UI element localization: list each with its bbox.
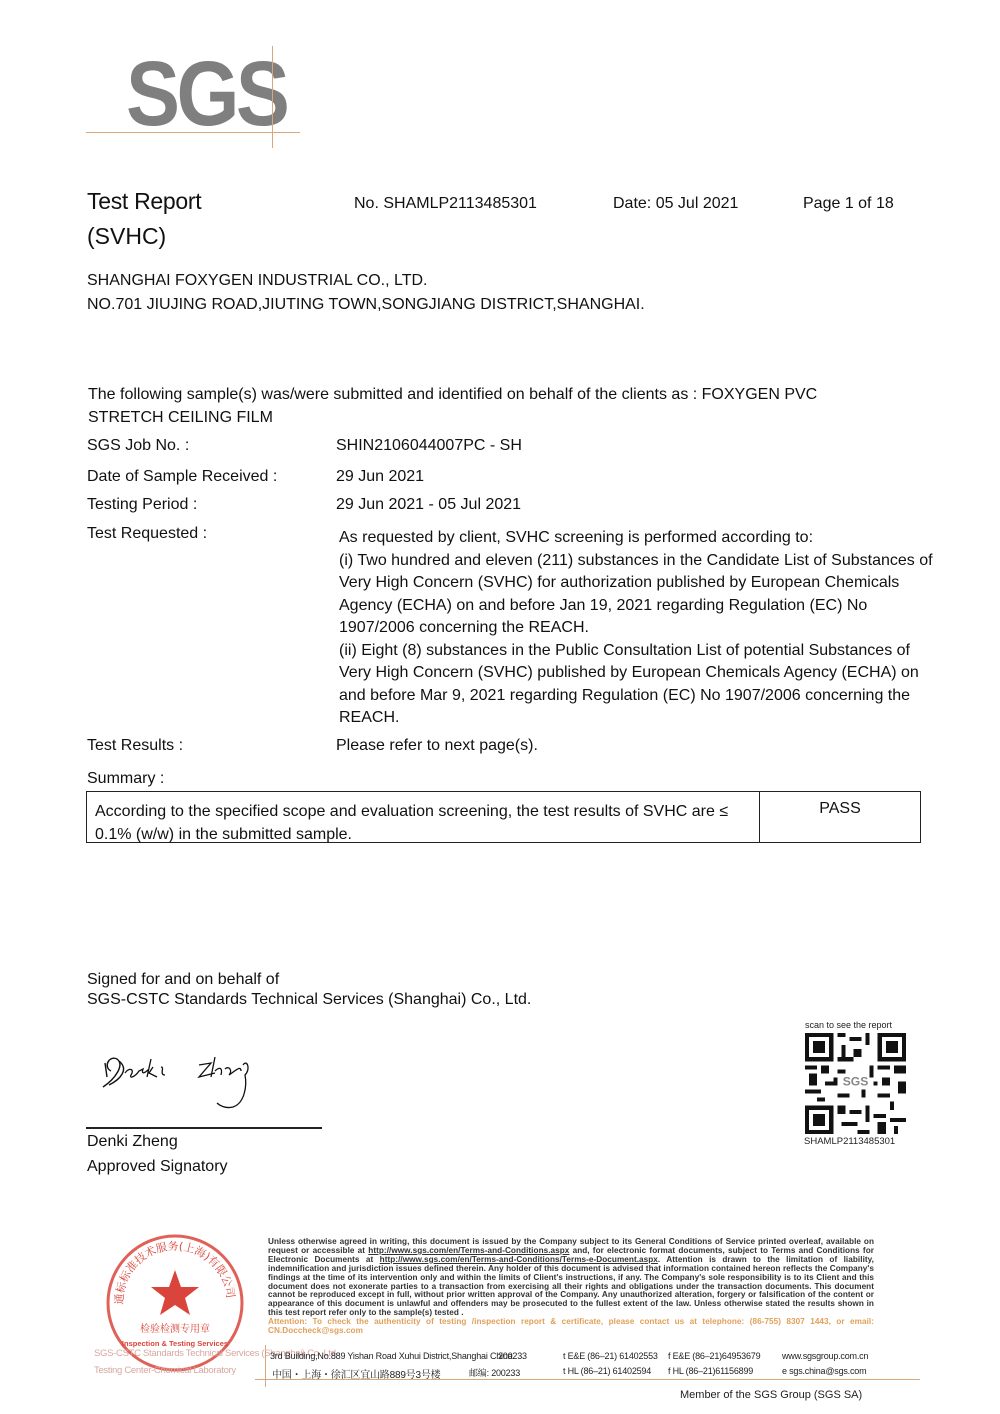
test-requested-text: As requested by client, SVHC screening i… [339, 527, 939, 730]
test-requested-intro: As requested by client, SVHC screening i… [339, 527, 939, 550]
signature-line [86, 1127, 322, 1129]
report-number: No. SHAMLP2113485301 [354, 195, 537, 213]
qr-code-icon[interactable]: SGS [805, 1033, 906, 1134]
footer-website[interactable]: www.sgsgroup.com.cn [782, 1351, 868, 1361]
footer-address-cn: 中国・上海・徐汇区宜山路889号3号楼 [272, 1366, 440, 1381]
authenticity-notice: Attention: To check the authenticity of … [268, 1318, 874, 1336]
signed-on-behalf: Signed for and on behalf of SGS-CSTC Sta… [87, 970, 531, 1010]
logo-vertical-rule [272, 46, 273, 148]
field-value-date-received: 29 Jun 2021 [336, 468, 424, 486]
field-label-test-requested: Test Requested : [87, 525, 207, 543]
summary-text: According to the specified scope and eva… [87, 792, 760, 842]
handwritten-signature [95, 1045, 255, 1115]
page-indicator: Page 1 of 18 [803, 195, 894, 213]
signed-line-2: SGS-CSTC Standards Technical Services (S… [87, 990, 531, 1010]
report-subtitle: (SVHC) [87, 223, 166, 250]
logo-horizontal-rule [86, 132, 300, 133]
field-value-testing-period: 29 Jun 2021 - 05 Jul 2021 [336, 496, 521, 514]
client-block: SHANGHAI FOXYGEN INDUSTRIAL CO., LTD. NO… [87, 269, 645, 317]
signatory-name: Denki Zheng [87, 1133, 178, 1151]
test-requested-item-1: (i) Two hundred and eleven (211) substan… [339, 550, 939, 640]
qr-center-label: SGS [843, 1075, 869, 1089]
field-label-date-received: Date of Sample Received : [87, 468, 277, 486]
footer-address-en: 3rd Building,No.889 Yishan Road Xuhui Di… [270, 1351, 512, 1361]
legal-text-part-3: . Attention is drawn to the limitation o… [268, 1255, 874, 1317]
test-requested-item-2: (ii) Eight (8) substances in the Public … [339, 640, 939, 730]
footer-vertical-rule [265, 1345, 266, 1387]
footer-tel-ee: t E&E (86–21) 61402553 [563, 1351, 658, 1361]
footer-fax-ee: f E&E (86–21)64953679 [668, 1351, 760, 1361]
footer-postcode-en: 200233 [498, 1351, 527, 1361]
seal-side-line-2: Testing Center-Chemical Laboratory [94, 1365, 236, 1376]
footer-tel-hl: t HL (86–21) 61402594 [563, 1366, 651, 1376]
field-value-job-no: SHIN2106044007PC - SH [336, 437, 522, 455]
terms-link[interactable]: http://www.sgs.com/en/Terms-and-Conditio… [368, 1246, 569, 1255]
sgs-logo-text: SGS [126, 48, 286, 140]
field-value-test-results: Please refer to next page(s). [336, 737, 538, 755]
field-label-test-results: Test Results : [87, 737, 183, 755]
summary-label: Summary : [87, 770, 164, 788]
sgs-logo: SGS [86, 46, 301, 150]
sgs-member-note: Member of the SGS Group (SGS SA) [680, 1389, 862, 1401]
report-date: Date: 05 Jul 2021 [613, 195, 738, 213]
summary-result: PASS [760, 792, 920, 842]
e-terms-link[interactable]: http://www.sgs.com/en/Terms-and-Conditio… [380, 1255, 658, 1264]
client-address: NO.701 JIUJING ROAD,JIUTING TOWN,SONGJIA… [87, 293, 645, 317]
client-name: SHANGHAI FOXYGEN INDUSTRIAL CO., LTD. [87, 269, 645, 293]
footer-email[interactable]: e sgs.china@sgs.com [782, 1366, 866, 1376]
report-title: Test Report [87, 188, 201, 215]
qr-caption: scan to see the report [805, 1020, 892, 1030]
seal-inner-cn: 检验检测专用章 [140, 1322, 210, 1335]
signed-line-1: Signed for and on behalf of [87, 970, 531, 990]
seal-inner-en: Inspection & Testing Services [122, 1339, 228, 1348]
footer-fax-hl: f HL (86–21)61156899 [668, 1366, 753, 1376]
field-label-job-no: SGS Job No. : [87, 437, 189, 455]
qr-id: SHAMLP2113485301 [804, 1136, 895, 1147]
footer-postcode-cn: 邮编: 200233 [469, 1366, 520, 1379]
signatory-role: Approved Signatory [87, 1158, 228, 1176]
summary-table: According to the specified scope and eva… [86, 791, 921, 843]
sample-intro: The following sample(s) was/were submitt… [88, 383, 888, 429]
field-label-testing-period: Testing Period : [87, 496, 197, 514]
legal-disclaimer: Unless otherwise agreed in writing, this… [268, 1238, 874, 1336]
